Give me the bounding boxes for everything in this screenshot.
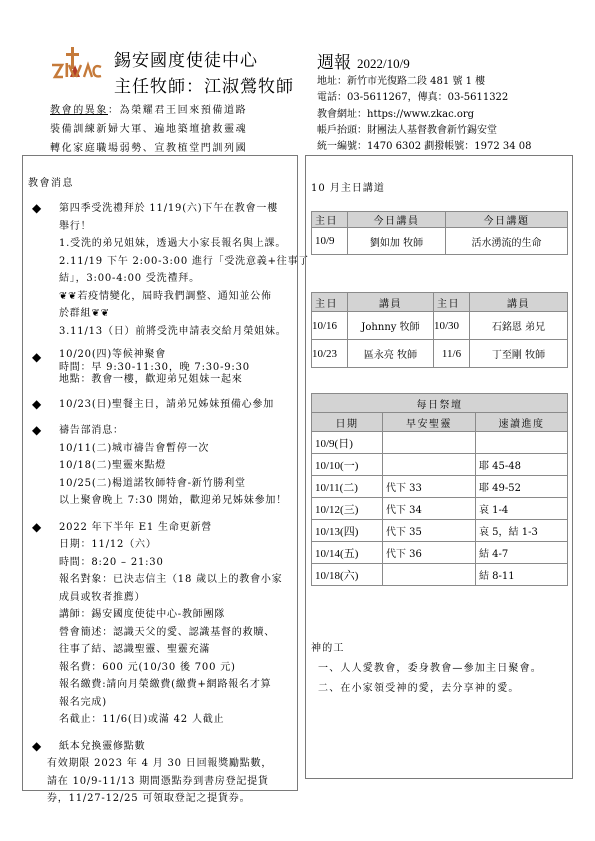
news-line: 3.11/13（日）前將受洗申請表交給月榮姐妹。 [59,323,296,341]
devotion-morning [383,564,476,586]
news-line: 請在 10/9-11/13 期間憑點券到書房登記提貨 [32,773,296,791]
news-line: 禱告部消息： [59,422,296,440]
devotion-morning [383,454,476,476]
vision-label: 教會的異象 [50,105,108,116]
news-line: 2022 年下半年 E1 生命更新營 [59,519,296,537]
news-line: 10/23(日)聖餐主日，請弟兄姊妹預備心參加 [59,396,296,414]
gods-work-line: 一、人人愛教會，委身教會—參加主日聚會。 [311,659,542,679]
zkac-cross-logo-icon [50,45,102,85]
diamond-bullet-icon: ◆ [32,397,42,411]
devotion-date: 10/14(五) [312,542,383,564]
sermon-date: 10/30 [434,312,470,340]
table-row: 10/16 Johnny 牧師 10/30 石銘恩 弟兄 [312,312,568,340]
today-sermon-table: 主日 今日講員 今日講題 10/9 劉如加 牧師 活水湧流的生命 [311,211,568,255]
table-row: 10/13(四) 代下 35 哀 5，結 1-3 [312,520,568,542]
sermon-speaker: 區永亮 牧師 [348,340,434,368]
table-header: 速讀進度 [476,413,568,432]
church-logo [50,45,102,85]
news-item: ◆ 紙本兌換靈修點數 有效期限 2023 年 4 月 30 日回報獎勵點數， 請… [32,738,296,808]
devotion-date: 10/11(二) [312,476,383,498]
sermon-date: 10/16 [312,312,348,340]
news-line: ❦❦若疫情變化，屆時我們調整、通知並公佈 [59,288,296,306]
website[interactable]: 教會網址：https://www.zkac.org [317,107,532,123]
news-line: 於群組❦❦ [59,305,296,323]
sermon-date: 10/23 [312,340,348,368]
news-line: 以上聚會晚上 7:30 開始，歡迎弟兄姊妹參加！ [59,492,296,510]
news-line: 10/11(二)城市禱告會暫停一次 [59,440,296,458]
weekly-date: 2022/10/9 [357,56,410,71]
gods-work-section: 神的工 一、人人愛教會，委身教會—參加主日聚會。 二、在小家領受神的愛，去分享神… [311,639,542,699]
sermon-speaker: 劉如加 牧師 [348,228,446,255]
org-name: 錫安國度使徒中心 [114,46,258,71]
news-line: 10/25(二)楊道諾牧師特會-新竹勝利堂 [59,475,296,493]
devotion-date: 10/10(一) [312,454,383,476]
church-vision: 教會的異象：為榮耀君王回來預備道路 裝備訓練新婦大軍、遍地築壇搶救靈魂 轉化家庭… [50,101,247,158]
devotion-morning: 代下 36 [383,542,476,564]
news-line: 2.11/19 下午 2:00-3:00 進行「受洗意義+往事了 [59,253,296,271]
devotion-reading: 耶 49-52 [476,476,568,498]
gods-work-line: 二、在小家領受神的愛，去分享神的愛。 [311,679,542,699]
diamond-bullet-icon: ◆ [32,201,42,215]
news-line: 成員或牧者推薦） [59,589,296,607]
weekly-label: 週報 [317,53,351,73]
table-header: 主日 [434,293,470,312]
news-list: ◆ 第四季受洗禮拜於 11/19(六)下午在教會一樓 舉行！ 1.受洗的弟兄姐妹… [32,200,296,817]
vision-line: ：為榮耀君王回來預備道路 [108,105,247,116]
news-line: 第四季受洗禮拜於 11/19(六)下午在教會一樓 [59,200,296,218]
devotion-reading [476,432,568,454]
news-line: 券，11/27-12/25 可領取登記之提貨券。 [32,790,296,808]
table-header: 今日講員 [348,212,446,228]
news-line: 結」，3:00-4:00 受洗禮拜。 [59,270,296,288]
tax-id-transfer: 統一編號：1470 6302 劃撥帳號：1972 34 08 [317,139,532,155]
news-line: 1.受洗的弟兄姐妹，透過大小家長報名與上課。 [59,235,296,253]
news-line: 名截止：11/6(日)或滿 42 人截止 [59,711,296,729]
sermon-date: 11/6 [434,340,470,368]
devotion-reading: 結 8-11 [476,564,568,586]
table-row: 10/9 劉如加 牧師 活水湧流的生命 [312,228,568,255]
news-line: 報名費：600 元(10/30 後 700 元) [59,659,296,677]
news-line: 報名完成) [59,694,296,712]
diamond-bullet-icon: ◆ [32,520,42,534]
devotion-morning: 代下 33 [383,476,476,498]
table-row: 10/9(日) [312,432,568,454]
news-line: 往事了結、認識聖靈、聖靈充滿 [59,641,296,659]
senior-pastor: 主任牧師：江淑鶯牧師 [114,72,294,97]
table-row: 10/14(五) 代下 36 結 4-7 [312,542,568,564]
devotion-morning: 代下 35 [383,520,476,542]
address: 地址：新竹市光復路二段 481 號 1 樓 [317,74,532,90]
diamond-bullet-icon: ◆ [32,350,42,364]
table-header: 講員 [348,293,434,312]
news-item: ◆ 2022 年下半年 E1 生命更新營 日期：11/12（六） 時間：8:20… [32,519,296,729]
news-line: 營會簡述：認識天父的愛、認識基督的救贖、 [59,624,296,642]
devotion-reading: 哀 1-4 [476,498,568,520]
devotion-reading: 結 4-7 [476,542,568,564]
daily-devotion-table: 每日祭壇 日期 早安聖靈 速讀進度 10/9(日) 10/10(一) 耶 45-… [311,393,568,586]
news-line: 有效期限 2023 年 4 月 30 日回報獎勵點數， [32,755,296,773]
news-line: 時間：8:20 – 21:30 [59,554,296,572]
news-line: 報名對象：已決志信主（18 歲以上的教會小家 [59,571,296,589]
news-line: 報名繳費:請向月榮繳費(繳費+網路報名才算 [59,676,296,694]
sermon-schedule-table: 主日 講員 主日 講員 10/16 Johnny 牧師 10/30 石銘恩 弟兄… [311,292,568,368]
table-row: 10/12(三) 代下 34 哀 1-4 [312,498,568,520]
table-row: 10/18(六) 結 8-11 [312,564,568,586]
table-header: 今日講題 [446,212,568,228]
table-row: 10/10(一) 耶 45-48 [312,454,568,476]
devotion-title: 每日祭壇 [312,394,568,413]
devotion-date: 10/18(六) [312,564,383,586]
sermon-section-title: 10 月主日講道 [311,179,385,194]
vision-line: 裝備訓練新婦大軍、遍地築壇搶救靈魂 [50,120,247,139]
devotion-reading: 哀 5，結 1-3 [476,520,568,542]
news-item: ◆ 10/23(日)聖餐主日，請弟兄姊妹預備心參加 [32,396,296,414]
church-info: 地址：新竹市光復路二段 481 號 1 樓 電話：03-5611267，傳真：0… [317,74,532,155]
table-row: 10/11(二) 代下 33 耶 49-52 [312,476,568,498]
gods-work-title: 神的工 [311,639,542,659]
account-name: 帳戶抬頭：財團法人基督教會新竹錫安堂 [317,123,532,139]
news-line: 地點：教會一樓，歡迎弟兄姐妹一起來 [59,374,296,387]
news-line: 10/18(二)聖靈來點燈 [59,457,296,475]
weekly-title: 週報2022/10/9 [317,48,410,73]
news-line: 紙本兌換靈修點數 [32,738,296,756]
devotion-morning: 代下 34 [383,498,476,520]
diamond-bullet-icon: ◆ [32,423,42,437]
devotion-date: 10/13(四) [312,520,383,542]
table-header: 早安聖靈 [383,413,476,432]
sermon-topic: 活水湧流的生命 [446,228,568,255]
devotion-date: 10/12(三) [312,498,383,520]
diamond-bullet-icon: ◆ [32,739,42,753]
sermon-speaker: 石銘恩 弟兄 [470,312,568,340]
sermon-devotion-panel: 10 月主日講道 主日 今日講員 今日講題 10/9 劉如加 牧師 活水湧流的生… [305,155,573,779]
news-line: 時間：早 9:30-11:30，晚 7:30-9:30 [59,362,296,375]
news-line: 10/20(四)等候神聚會 [59,349,296,362]
news-item: ◆ 禱告部消息： 10/11(二)城市禱告會暫停一次 10/18(二)聖靈來點燈… [32,422,296,510]
news-line: 講師：錫安國度使徒中心-教師團隊 [59,606,296,624]
table-header: 日期 [312,413,383,432]
news-line: 舉行！ [59,218,296,236]
news-title: 教會消息 [28,174,74,189]
phone-fax: 電話：03-5611267，傳真：03-5611322 [317,90,532,106]
sermon-speaker: Johnny 牧師 [348,312,434,340]
devotion-reading: 耶 45-48 [476,454,568,476]
sermon-date: 10/9 [312,228,348,255]
news-item: ◆ 10/20(四)等候神聚會 時間：早 9:30-11:30，晚 7:30-9… [32,349,296,387]
devotion-morning [383,432,476,454]
news-item: ◆ 第四季受洗禮拜於 11/19(六)下午在教會一樓 舉行！ 1.受洗的弟兄姐妹… [32,200,296,340]
news-line: 日期：11/12（六） [59,536,296,554]
table-row: 10/23 區永亮 牧師 11/6 丁至剛 牧師 [312,340,568,368]
sermon-speaker: 丁至剛 牧師 [470,340,568,368]
table-header: 主日 [312,212,348,228]
devotion-date: 10/9(日) [312,432,383,454]
table-header: 講員 [470,293,568,312]
table-header: 主日 [312,293,348,312]
church-news-panel: 教會消息 ◆ 第四季受洗禮拜於 11/19(六)下午在教會一樓 舉行！ 1.受洗… [22,155,298,791]
